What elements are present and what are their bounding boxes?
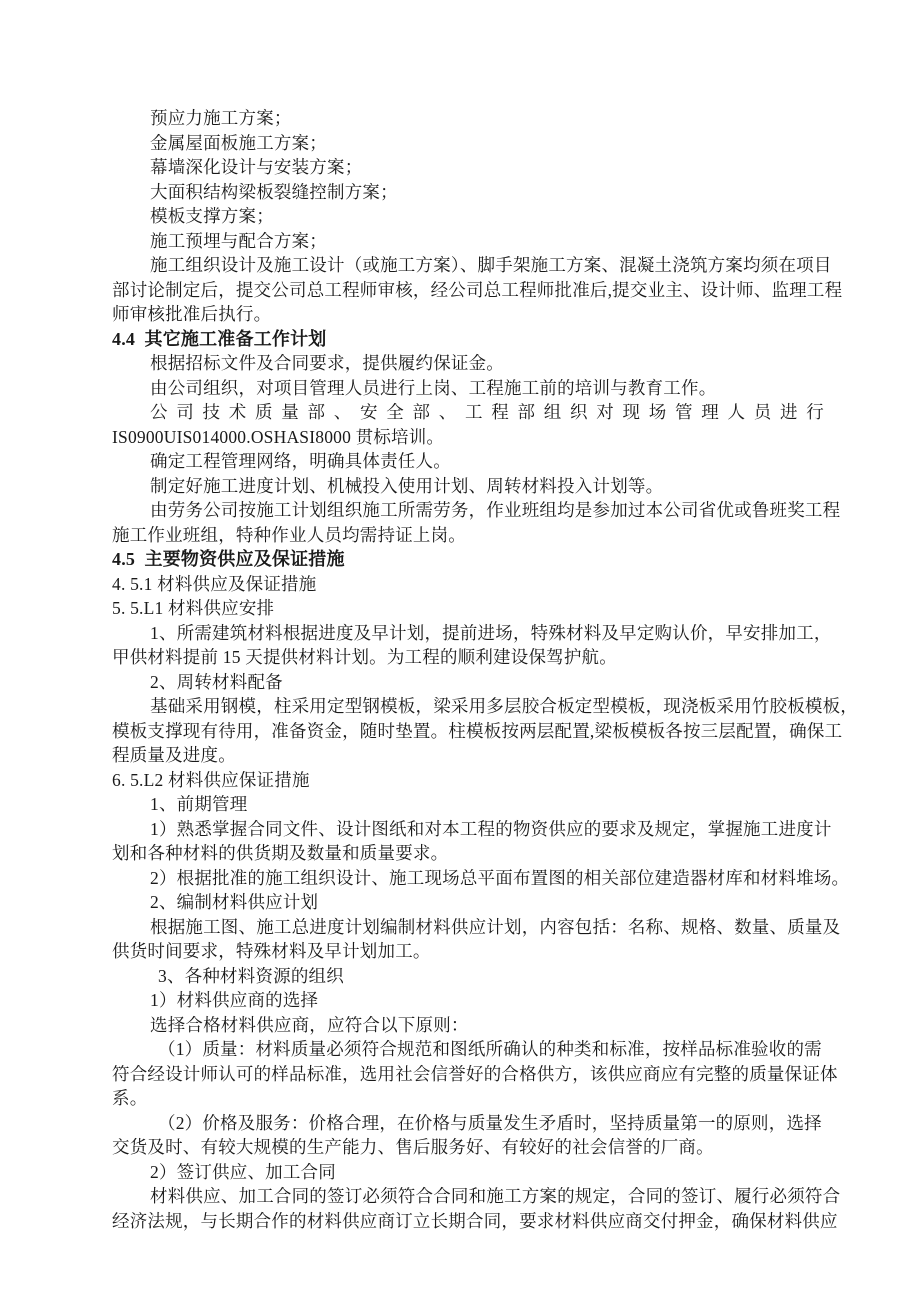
- document-line: 1）材料供应商的选择: [112, 988, 824, 1013]
- document-line: 师审核批准后执行。: [112, 302, 824, 327]
- document-line: 6. 5.L2 材料供应保证措施: [112, 768, 824, 793]
- document-line: 基础采用钢模，柱采用定型钢模板，梁采用多层胶合板定型模板，现浇板采用竹胶板模板，: [112, 694, 824, 719]
- document-line: 经济法规，与长期合作的材料供应商订立长期合同，要求材料供应商交付押金，确保材料供…: [112, 1209, 824, 1234]
- document-line: 1）熟悉掌握合同文件、设计图纸和对本工程的物资供应的要求及规定，掌握施工进度计: [112, 817, 824, 842]
- document-line: 施工组织设计及施工设计（或施工方案）、脚手架施工方案、混凝土浇筑方案均须在项目: [112, 253, 824, 278]
- document-line: 由公司组织，对项目管理人员进行上岗、工程施工前的培训与教育工作。: [112, 376, 824, 401]
- document-line: 确定工程管理网络，明确具体责任人。: [112, 449, 824, 474]
- section-heading: 4.5 主要物资供应及保证措施: [112, 547, 824, 572]
- document-line: 交货及时、有较大规模的生产能力、售后服务好、有较好的社会信誉的厂商。: [112, 1135, 824, 1160]
- document-line: 公 司 技 术 质 量 部 、 安 全 部 、 工 程 部 组 织 对 现 场 …: [112, 400, 824, 425]
- document-line: 部讨论制定后，提交公司总工程师审核，经公司总工程师批准后,提交业主、设计师、监理…: [112, 278, 824, 303]
- document-line: 根据招标文件及合同要求，提供履约保证金。: [112, 351, 824, 376]
- document-line: 5. 5.L1 材料供应安排: [112, 596, 824, 621]
- document-line: 2）根据批准的施工组织设计、施工现场总平面布置图的相关部位建造器材库和材料堆场。: [112, 866, 824, 891]
- document-line: IS0900UIS014000.OSHASI8000 贯标培训。: [112, 425, 824, 450]
- document-line: 2、周转材料配备: [112, 670, 824, 695]
- document-line: 金属屋面板施工方案；: [112, 131, 824, 156]
- document-line: 材料供应、加工合同的签订必须符合合同和施工方案的规定，合同的签订、履行必须符合: [112, 1184, 824, 1209]
- document-line: 预应力施工方案；: [112, 106, 824, 131]
- document-line: 2）签订供应、加工合同: [112, 1160, 824, 1185]
- document-line: （2）价格及服务：价格合理，在价格与质量发生矛盾时，坚持质量第一的原则，选择: [112, 1111, 824, 1136]
- document-line: 施工预埋与配合方案；: [112, 229, 824, 254]
- document-page: 预应力施工方案；金属屋面板施工方案；幕墙深化设计与安装方案；大面积结构梁板裂缝控…: [0, 0, 920, 1301]
- document-line: 由劳务公司按施工计划组织施工所需劳务，作业班组均是参加过本公司省优或鲁班奖工程: [112, 498, 824, 523]
- document-line: 选择合格材料供应商，应符合以下原则：: [112, 1013, 824, 1038]
- document-line: 1、所需建筑材料根据进度及早计划，提前进场，特殊材料及早定购认价，早安排加工，: [112, 621, 824, 646]
- document-line: 制定好施工进度计划、机械投入使用计划、周转材料投入计划等。: [112, 474, 824, 499]
- document-line: 程质量及进度。: [112, 743, 824, 768]
- document-text-block: 预应力施工方案；金属屋面板施工方案；幕墙深化设计与安装方案；大面积结构梁板裂缝控…: [112, 106, 824, 1233]
- document-line: 大面积结构梁板裂缝控制方案；: [112, 180, 824, 205]
- document-line: 划和各种材料的供货期及数量和质量要求。: [112, 841, 824, 866]
- document-line: 4. 5.1 材料供应及保证措施: [112, 572, 824, 597]
- document-line: 幕墙深化设计与安装方案；: [112, 155, 824, 180]
- document-line: 2、编制材料供应计划: [112, 890, 824, 915]
- document-line: 3、各种材料资源的组织: [112, 964, 824, 989]
- document-line: 供货时间要求，特殊材料及早计划加工。: [112, 939, 824, 964]
- document-line: （1）质量：材料质量必须符合规范和图纸所确认的种类和标准，按样品标准验收的需: [112, 1037, 824, 1062]
- document-line: 符合经设计师认可的样品标准，选用社会信誉好的合格供方，该供应商应有完整的质量保证…: [112, 1062, 824, 1087]
- document-line: 根据施工图、施工总进度计划编制材料供应计划，内容包括：名称、规格、数量、质量及: [112, 915, 824, 940]
- document-line: 模板支撑现有待用，准备资金，随时垫置。柱模板按两层配置,梁板模板各按三层配置，确…: [112, 719, 824, 744]
- document-line: 甲供材料提前 15 天提供材料计划。为工程的顺利建设保驾护航。: [112, 645, 824, 670]
- document-line: 模板支撑方案；: [112, 204, 824, 229]
- document-line: 1、前期管理: [112, 792, 824, 817]
- document-line: 系。: [112, 1086, 824, 1111]
- document-line: 施工作业班组，特种作业人员均需持证上岗。: [112, 523, 824, 548]
- section-heading: 4.4 其它施工准备工作计划: [112, 327, 824, 352]
